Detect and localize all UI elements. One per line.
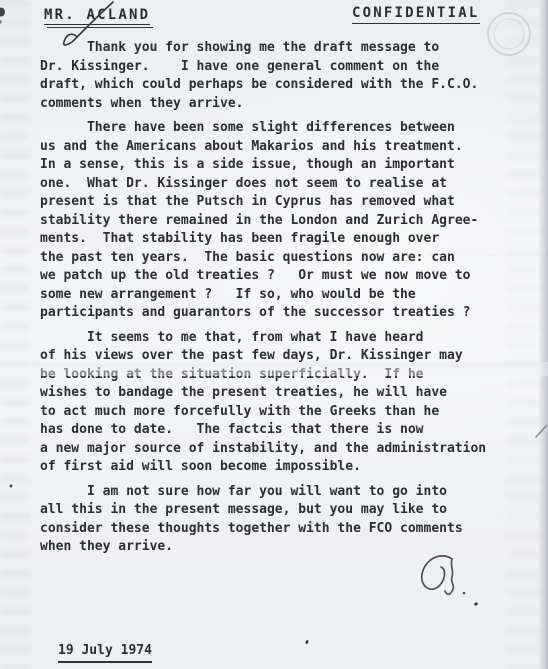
date-line: 19 July 1974 [58,643,152,663]
paragraph-3: It seems to me that, from what I have he… [40,329,486,477]
memo-body: Thank you for showing me the draft messa… [40,39,486,563]
embossed-stamp-icon [488,13,530,55]
paragraph-2: There have been some slight differences … [40,119,486,323]
bleedthrough-texture-left [0,0,30,669]
bleedthrough-texture-right [506,0,540,669]
page-edge-shadow [538,0,548,669]
recipient-name: MR. ACLAND [44,7,150,25]
classification-marking: CONFIDENTIAL [352,5,480,24]
paragraph-4: I am not sure how far you will want to g… [40,483,486,557]
paragraph-1: Thank you for showing me the draft messa… [40,39,486,113]
scanned-memo-page: MR. ACLAND CONFIDENTIAL Thank you for sh… [0,0,548,669]
